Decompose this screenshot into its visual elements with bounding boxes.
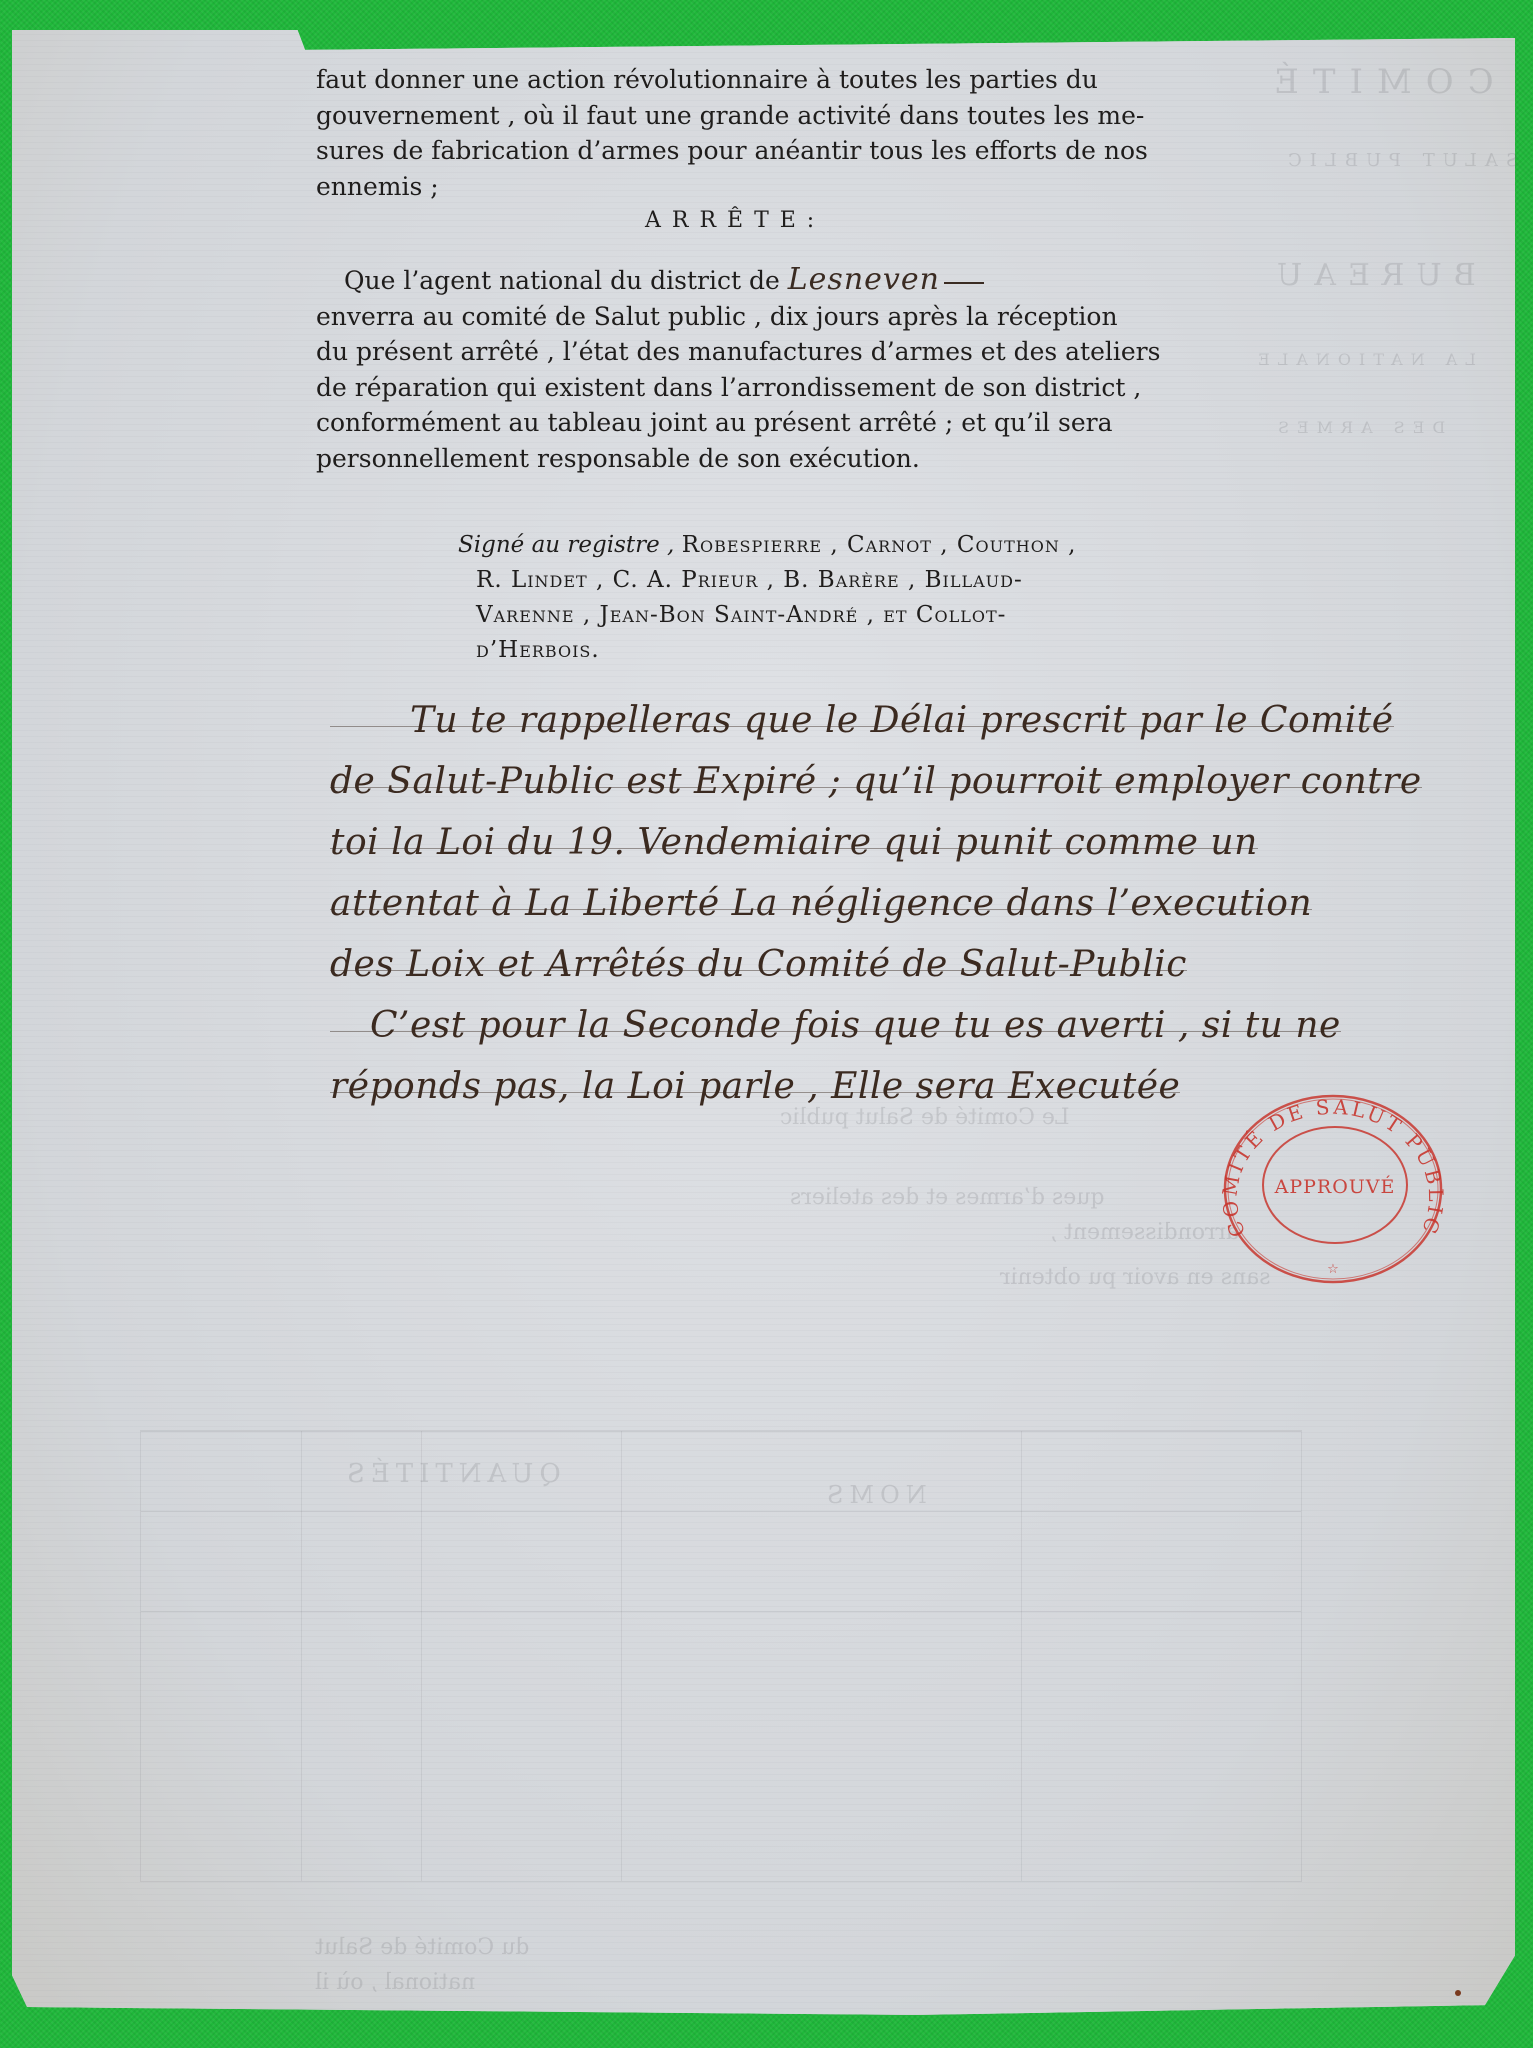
decree-line: enverra au comité de Salut public , dix … [316, 299, 1226, 335]
manuscript-warning: Tu te rappelleras que le Délai prescrit … [330, 690, 1510, 1117]
svg-text:COMITÉ DE SALUT PUBLIC: COMITÉ DE SALUT PUBLIC [1222, 1095, 1444, 1241]
bleed-through-text: NOMS [821, 1481, 927, 1509]
bleed-through-text: du Comité de Salut [315, 1935, 529, 1960]
decree-lead: Que l’agent national du district de [344, 266, 780, 295]
stamp-ring-text: COMITÉ DE SALUT PUBLIC [1222, 1095, 1444, 1241]
signatory-names: Varenne , Jean-Bon Saint-André , et Coll… [458, 598, 1223, 633]
manuscript-line: des Loix et Arrêtés du Comité de Salut-P… [330, 944, 1187, 985]
decree-line: conformément au tableau joint au présent… [316, 405, 1226, 441]
ink-stain [1455, 1990, 1461, 1996]
preamble-line: ennemis ; [316, 169, 1226, 205]
bleed-through-text: QUANTITÉS [341, 1459, 561, 1489]
manuscript-line: Tu te rappelleras que le Délai prescrit … [330, 700, 1394, 741]
bleed-through-text: BUREAU [1265, 258, 1476, 293]
decree-paragraph: Que l’agent national du district de Lesn… [316, 262, 1226, 476]
bleed-through-text: LA NATIONALE [1250, 350, 1476, 369]
bleed-through-text: arrondissement , [1050, 1220, 1239, 1245]
preamble-line: faut donner une action révolutionnaire à… [316, 62, 1226, 98]
stamp-seal-icon: COMITÉ DE SALUT PUBLIC APPROUVÉ ☆ [1222, 1093, 1444, 1285]
bleed-through-text: ques d’armes et des ateliers [790, 1185, 1105, 1210]
bleed-through-text: DES ARMES [1270, 418, 1445, 437]
approval-stamp: COMITÉ DE SALUT PUBLIC APPROUVÉ ☆ [1222, 1093, 1444, 1285]
decree-line: du présent arrêté , l’état des manufactu… [316, 334, 1226, 370]
bleed-through-text: SALUT PUBLIC [1280, 150, 1518, 171]
signatory-names: d’Herbois. [458, 633, 1223, 668]
bleed-through-text: national , où il [315, 1970, 475, 1995]
preamble-line: sures de fabrication d’armes pour anéant… [316, 133, 1226, 169]
district-name-handwritten: Lesneven [788, 262, 940, 297]
signatories-block: Signé au registre , Robespierre , Carnot… [458, 528, 1223, 668]
manuscript-line: de Salut-Public est Expiré ; qu’il pourr… [330, 761, 1422, 802]
stamp-center-text: APPROUVÉ [1274, 1175, 1396, 1198]
handwritten-dash [944, 282, 984, 284]
preamble-line: gouvernement , où il faut une grande act… [316, 98, 1226, 134]
decree-line: personnellement responsable de son exécu… [316, 441, 1226, 477]
manuscript-line: réponds pas, la Loi parle , Elle sera Ex… [330, 1066, 1180, 1107]
signatory-names: R. Lindet , C. A. Prieur , B. Barère , B… [458, 563, 1223, 598]
printed-preamble: faut donner une action révolutionnaire à… [316, 62, 1226, 204]
arrete-heading: ARRÊTE: [645, 208, 825, 233]
signatures-lead: Signé au registre , [458, 532, 674, 558]
decree-line: de réparation qui existent dans l’arrond… [316, 370, 1226, 406]
manuscript-line: toi la Loi du 19. Vendemiaire qui punit … [330, 822, 1258, 863]
bleed-through-table: QUANTITÉS NOMS [140, 1430, 1302, 1882]
signatory-names: Robespierre , Carnot , Couthon , [682, 532, 1077, 558]
manuscript-line: C’est pour la Seconde fois que tu es ave… [330, 1005, 1341, 1046]
manuscript-line: attentat à La Liberté La négligence dans… [330, 883, 1312, 924]
star-icon: ☆ [1327, 1262, 1339, 1277]
bleed-through-text: COMITÉ [1260, 62, 1494, 102]
